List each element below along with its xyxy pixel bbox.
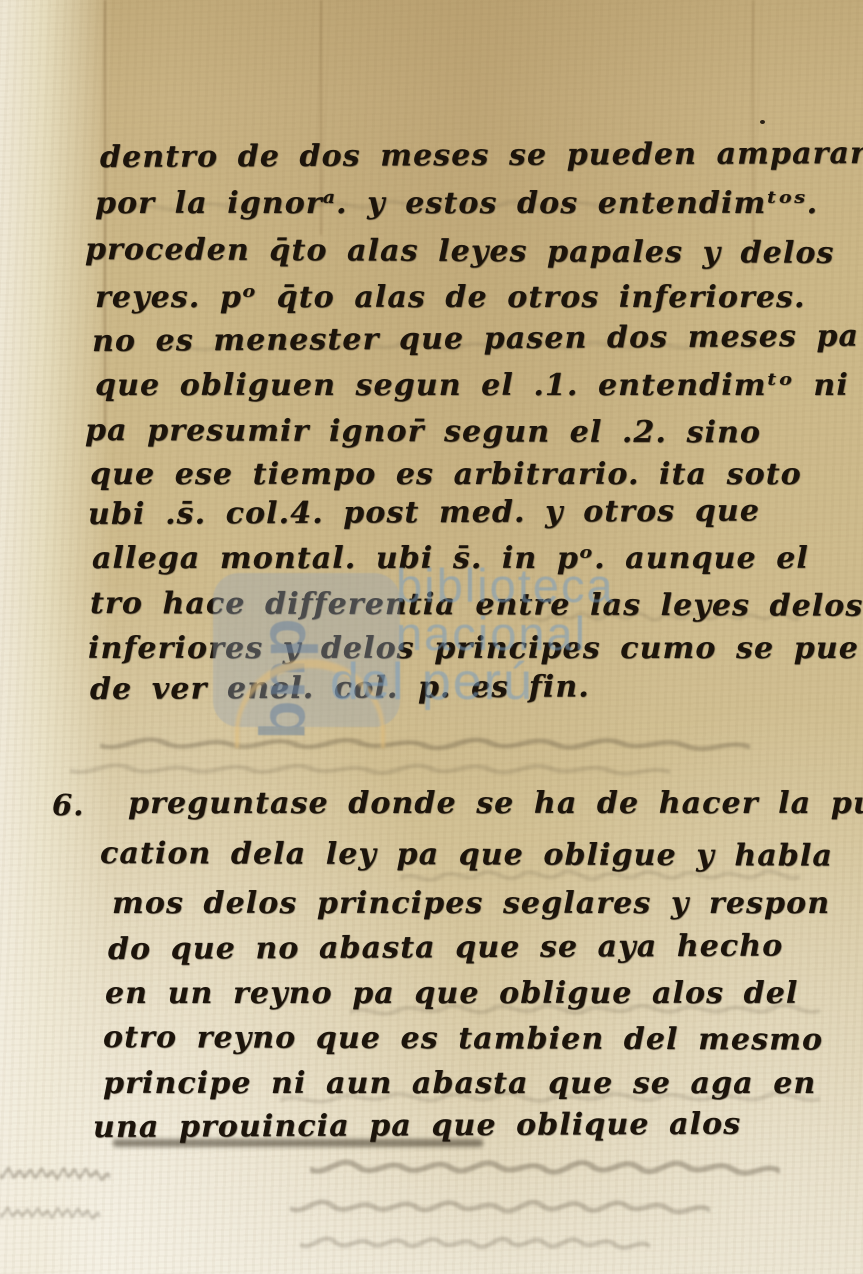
manuscript-line: cation dela ley pa que obligue y habla: [100, 836, 833, 874]
manuscript-line: mos delos principes seglares y respon: [112, 886, 830, 921]
manuscript-line: por la ignorᵃ. y estos dos entendimᵗᵒˢ.: [95, 186, 818, 221]
showthrough-marks: [0, 1165, 110, 1189]
showthrough-marks: [290, 1198, 710, 1222]
manuscript-line: ubi .s̄. col.4. post med. y otros que: [88, 493, 760, 532]
manuscript-line: dentro de dos meses se pueden amparar: [100, 136, 863, 175]
manuscript-line: pa presumir ignor̄ segun el .2. sino: [85, 413, 761, 450]
manuscript-line: no es menester que pasen dos meses pa: [92, 319, 859, 359]
showthrough-marks: [0, 1205, 100, 1227]
manuscript-line: proceden q̄to alas leyes papales y delos: [85, 232, 835, 271]
manuscript-line: una prouincia pa que oblique alos: [93, 1107, 741, 1145]
manuscript-line: allega montal. ubi s̄. in pᵒ. aunque el: [92, 541, 809, 576]
manuscript-line: en un reyno pa que obligue alos del: [105, 976, 798, 1011]
showthrough-marks: [100, 736, 750, 758]
showthrough-marks: [70, 762, 670, 782]
manuscript-line: inferiores y delos principes cumo se pue: [88, 631, 859, 666]
item-number: 6.: [52, 788, 84, 822]
manuscript-line: tro hace differentia entre las leyes del…: [90, 586, 863, 624]
manuscript-line: que ese tiempo es arbitrario. ita soto: [90, 457, 802, 492]
manuscript-line: reyes. pᵒ q̄to alas de otros inferiores.: [95, 280, 806, 315]
manuscript-line: principe ni aun abasta que se aga en: [103, 1066, 816, 1101]
manuscript-line: otro reyno que es tambien del mesmo: [103, 1020, 823, 1058]
manuscript-page: dentro de dos meses se pueden amparar po…: [0, 0, 863, 1274]
showthrough-marks: [300, 1235, 650, 1257]
vertical-crease: [752, 0, 754, 270]
showthrough-marks: [310, 1158, 780, 1184]
manuscript-line: do que no abasta que se aya hecho: [108, 928, 783, 967]
ink-speck: [760, 120, 765, 124]
manuscript-line: de ver enel. col. p. es fin.: [90, 669, 590, 707]
manuscript-line: preguntase donde se ha de hacer la publi: [128, 786, 863, 821]
manuscript-line: que obliguen segun el .1. entendimᵗᵒ ni: [95, 368, 849, 403]
